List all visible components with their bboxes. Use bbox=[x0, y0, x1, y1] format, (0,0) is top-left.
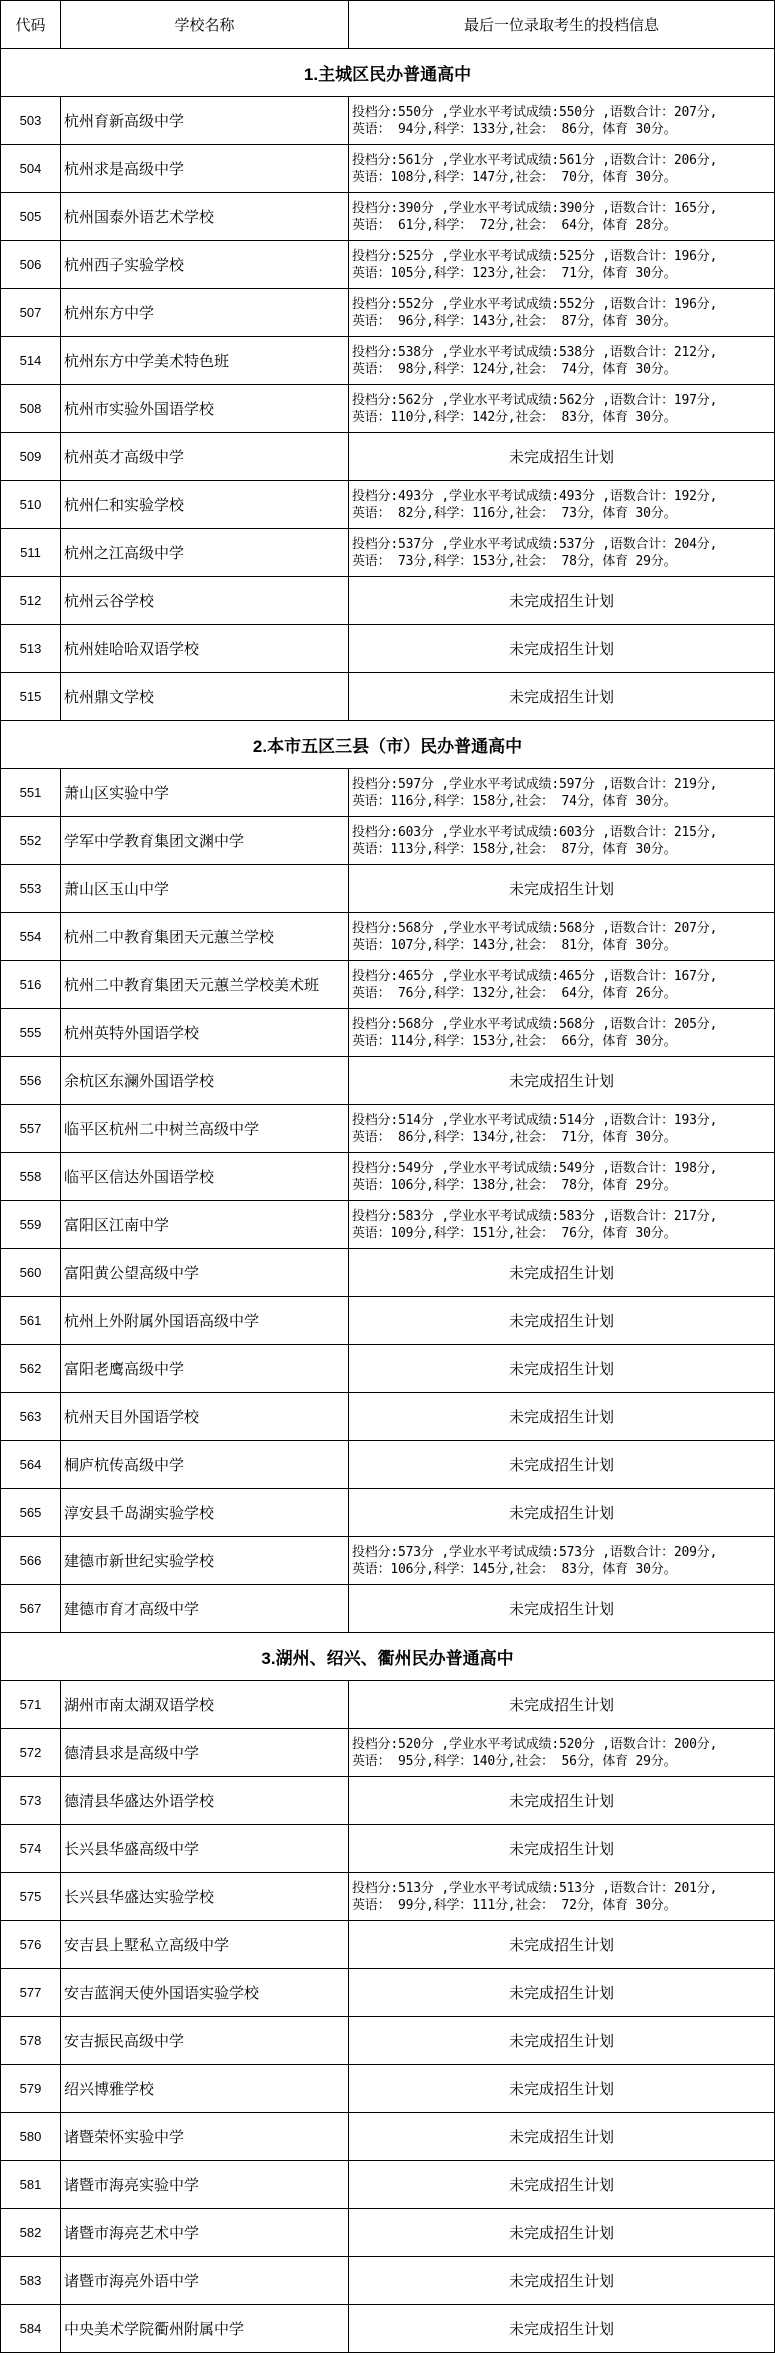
table-row: 503 杭州育新高级中学 投档分:550分 ,学业水平考试成绩:550分 ,语数… bbox=[1, 97, 775, 145]
school-name: 长兴县华盛高级中学 bbox=[61, 1825, 349, 1872]
enrollment-status: 未完成招生计划 bbox=[349, 433, 775, 480]
enrollment-status: 未完成招生计划 bbox=[349, 2161, 775, 2208]
enrollment-status: 未完成招生计划 bbox=[349, 1825, 775, 1872]
table-row: 509 杭州英才高级中学 未完成招生计划 bbox=[1, 433, 775, 481]
table-row: 575 长兴县华盛达实验学校 投档分:513分 ,学业水平考试成绩:513分 ,… bbox=[1, 1873, 775, 1921]
school-code: 558 bbox=[1, 1153, 61, 1200]
school-name: 建德市新世纪实验学校 bbox=[61, 1537, 349, 1584]
school-code: 566 bbox=[1, 1537, 61, 1584]
school-code: 559 bbox=[1, 1201, 61, 1248]
school-name: 杭州上外附属外国语高级中学 bbox=[61, 1297, 349, 1344]
admission-info: 投档分:561分 ,学业水平考试成绩:561分 ,语数合计：206分, 英语：1… bbox=[349, 145, 775, 192]
school-code: 563 bbox=[1, 1393, 61, 1440]
admission-info-line-2: 英语： 96分,科学：143分,社会： 87分，体育 30分。 bbox=[352, 313, 676, 330]
table-row: 558 临平区信达外国语学校 投档分:549分 ,学业水平考试成绩:549分 ,… bbox=[1, 1153, 775, 1201]
school-name: 诸暨市海亮实验中学 bbox=[61, 2161, 349, 2208]
table-row: 572 德清县求是高级中学 投档分:520分 ,学业水平考试成绩:520分 ,语… bbox=[1, 1729, 775, 1777]
table-row: 579 绍兴博雅学校 未完成招生计划 bbox=[1, 2065, 775, 2113]
school-code: 503 bbox=[1, 97, 61, 144]
admission-info-line-1: 投档分:550分 ,学业水平考试成绩:550分 ,语数合计：207分, bbox=[352, 104, 717, 121]
admission-info-line-2: 英语： 98分,科学：124分,社会： 74分，体育 30分。 bbox=[352, 361, 676, 378]
school-code: 505 bbox=[1, 193, 61, 240]
table-row: 560 富阳黄公望高级中学 未完成招生计划 bbox=[1, 1249, 775, 1297]
enrollment-status: 未完成招生计划 bbox=[349, 2257, 775, 2304]
school-code: 509 bbox=[1, 433, 61, 480]
enrollment-status: 未完成招生计划 bbox=[349, 1393, 775, 1440]
admission-info-line-2: 英语： 61分,科学： 72分,社会： 64分，体育 28分。 bbox=[352, 217, 676, 234]
table-row: 557 临平区杭州二中树兰高级中学 投档分:514分 ,学业水平考试成绩:514… bbox=[1, 1105, 775, 1153]
school-code: 573 bbox=[1, 1777, 61, 1824]
school-code: 572 bbox=[1, 1729, 61, 1776]
admission-info: 投档分:603分 ,学业水平考试成绩:603分 ,语数合计：215分, 英语：1… bbox=[349, 817, 775, 864]
school-code: 574 bbox=[1, 1825, 61, 1872]
enrollment-status: 未完成招生计划 bbox=[349, 2017, 775, 2064]
admission-info-line-2: 英语：116分,科学：158分,社会： 74分，体育 30分。 bbox=[352, 793, 676, 810]
school-code: 580 bbox=[1, 2113, 61, 2160]
enrollment-status: 未完成招生计划 bbox=[349, 1969, 775, 2016]
school-name: 桐庐杭传高级中学 bbox=[61, 1441, 349, 1488]
school-name: 安吉县上墅私立高级中学 bbox=[61, 1921, 349, 1968]
school-name: 诸暨市海亮外语中学 bbox=[61, 2257, 349, 2304]
table-row: 514 杭州东方中学美术特色班 投档分:538分 ,学业水平考试成绩:538分 … bbox=[1, 337, 775, 385]
section-header-row: 3.湖州、绍兴、衢州民办普通高中 bbox=[1, 1633, 775, 1681]
school-name: 富阳区江南中学 bbox=[61, 1201, 349, 1248]
table-row: 561 杭州上外附属外国语高级中学 未完成招生计划 bbox=[1, 1297, 775, 1345]
school-name: 杭州英才高级中学 bbox=[61, 433, 349, 480]
enrollment-status: 未完成招生计划 bbox=[349, 2113, 775, 2160]
enrollment-status: 未完成招生计划 bbox=[349, 1921, 775, 1968]
admission-info: 投档分:562分 ,学业水平考试成绩:562分 ,语数合计：197分, 英语：1… bbox=[349, 385, 775, 432]
table-row: 555 杭州英特外国语学校 投档分:568分 ,学业水平考试成绩:568分 ,语… bbox=[1, 1009, 775, 1057]
school-code: 560 bbox=[1, 1249, 61, 1296]
table-row: 505 杭州国泰外语艺术学校 投档分:390分 ,学业水平考试成绩:390分 ,… bbox=[1, 193, 775, 241]
admission-info-line-2: 英语：105分,科学：123分,社会： 71分，体育 30分。 bbox=[352, 265, 676, 282]
table-row: 515 杭州鼎文学校 未完成招生计划 bbox=[1, 673, 775, 721]
enrollment-status: 未完成招生计划 bbox=[349, 625, 775, 672]
enrollment-status: 未完成招生计划 bbox=[349, 1777, 775, 1824]
admission-info-line-1: 投档分:568分 ,学业水平考试成绩:568分 ,语数合计：207分, bbox=[352, 920, 717, 937]
table-row: 551 萧山区实验中学 投档分:597分 ,学业水平考试成绩:597分 ,语数合… bbox=[1, 769, 775, 817]
school-code: 581 bbox=[1, 2161, 61, 2208]
table-row: 507 杭州东方中学 投档分:552分 ,学业水平考试成绩:552分 ,语数合计… bbox=[1, 289, 775, 337]
school-code: 565 bbox=[1, 1489, 61, 1536]
admission-info-line-1: 投档分:465分 ,学业水平考试成绩:465分 ,语数合计：167分, bbox=[352, 968, 717, 985]
school-code: 576 bbox=[1, 1921, 61, 1968]
school-name: 富阳老鹰高级中学 bbox=[61, 1345, 349, 1392]
school-name: 安吉振民高级中学 bbox=[61, 2017, 349, 2064]
header-school-name: 学校名称 bbox=[61, 1, 349, 48]
section-title: 2.本市五区三县（市）民办普通高中 bbox=[1, 721, 775, 768]
enrollment-status: 未完成招生计划 bbox=[349, 2065, 775, 2112]
school-name: 德清县求是高级中学 bbox=[61, 1729, 349, 1776]
school-name: 杭州东方中学美术特色班 bbox=[61, 337, 349, 384]
school-code: 511 bbox=[1, 529, 61, 576]
admission-info-line-1: 投档分:552分 ,学业水平考试成绩:552分 ,语数合计：196分, bbox=[352, 296, 717, 313]
school-name: 建德市育才高级中学 bbox=[61, 1585, 349, 1632]
table-row: 508 杭州市实验外国语学校 投档分:562分 ,学业水平考试成绩:562分 ,… bbox=[1, 385, 775, 433]
admission-info-line-2: 英语：109分,科学：151分,社会： 76分，体育 30分。 bbox=[352, 1225, 676, 1242]
school-code: 554 bbox=[1, 913, 61, 960]
school-code: 516 bbox=[1, 961, 61, 1008]
admission-info-line-2: 英语： 76分,科学：132分,社会： 64分，体育 26分。 bbox=[352, 985, 676, 1002]
school-code: 514 bbox=[1, 337, 61, 384]
school-name: 学军中学教育集团文渊中学 bbox=[61, 817, 349, 864]
enrollment-status: 未完成招生计划 bbox=[349, 2209, 775, 2256]
admission-info: 投档分:549分 ,学业水平考试成绩:549分 ,语数合计：198分, 英语：1… bbox=[349, 1153, 775, 1200]
admission-info-line-1: 投档分:549分 ,学业水平考试成绩:549分 ,语数合计：198分, bbox=[352, 1160, 717, 1177]
table-body: 1.主城区民办普通高中 503 杭州育新高级中学 投档分:550分 ,学业水平考… bbox=[1, 49, 775, 2353]
admission-info: 投档分:550分 ,学业水平考试成绩:550分 ,语数合计：207分, 英语： … bbox=[349, 97, 775, 144]
table-row: 576 安吉县上墅私立高级中学 未完成招生计划 bbox=[1, 1921, 775, 1969]
enrollment-status: 未完成招生计划 bbox=[349, 1345, 775, 1392]
school-name: 临平区信达外国语学校 bbox=[61, 1153, 349, 1200]
school-code: 551 bbox=[1, 769, 61, 816]
admission-info-line-2: 英语：110分,科学：142分,社会： 83分，体育 30分。 bbox=[352, 409, 676, 426]
school-name: 湖州市南太湖双语学校 bbox=[61, 1681, 349, 1728]
admission-score-table: 代码 学校名称 最后一位录取考生的投档信息 1.主城区民办普通高中 503 杭州… bbox=[0, 0, 775, 2353]
school-name: 杭州仁和实验学校 bbox=[61, 481, 349, 528]
school-code: 575 bbox=[1, 1873, 61, 1920]
school-name: 杭州市实验外国语学校 bbox=[61, 385, 349, 432]
enrollment-status: 未完成招生计划 bbox=[349, 673, 775, 720]
school-code: 553 bbox=[1, 865, 61, 912]
table-row: 504 杭州求是高级中学 投档分:561分 ,学业水平考试成绩:561分 ,语数… bbox=[1, 145, 775, 193]
school-name: 杭州英特外国语学校 bbox=[61, 1009, 349, 1056]
school-code: 584 bbox=[1, 2305, 61, 2352]
admission-info: 投档分:514分 ,学业水平考试成绩:514分 ,语数合计：193分, 英语： … bbox=[349, 1105, 775, 1152]
table-row: 559 富阳区江南中学 投档分:583分 ,学业水平考试成绩:583分 ,语数合… bbox=[1, 1201, 775, 1249]
school-name: 杭州国泰外语艺术学校 bbox=[61, 193, 349, 240]
school-name: 淳安县千岛湖实验学校 bbox=[61, 1489, 349, 1536]
school-code: 564 bbox=[1, 1441, 61, 1488]
enrollment-status: 未完成招生计划 bbox=[349, 2305, 775, 2352]
school-code: 582 bbox=[1, 2209, 61, 2256]
table-row: 511 杭州之江高级中学 投档分:537分 ,学业水平考试成绩:537分 ,语数… bbox=[1, 529, 775, 577]
school-code: 506 bbox=[1, 241, 61, 288]
admission-info-line-2: 英语：114分,科学：153分,社会： 66分，体育 30分。 bbox=[352, 1033, 676, 1050]
school-name: 诸暨荣怀实验中学 bbox=[61, 2113, 349, 2160]
school-name: 杭州鼎文学校 bbox=[61, 673, 349, 720]
table-row: 582 诸暨市海亮艺术中学 未完成招生计划 bbox=[1, 2209, 775, 2257]
school-code: 504 bbox=[1, 145, 61, 192]
table-row: 564 桐庐杭传高级中学 未完成招生计划 bbox=[1, 1441, 775, 1489]
school-name: 绍兴博雅学校 bbox=[61, 2065, 349, 2112]
school-code: 552 bbox=[1, 817, 61, 864]
table-row: 552 学军中学教育集团文渊中学 投档分:603分 ,学业水平考试成绩:603分… bbox=[1, 817, 775, 865]
school-name: 诸暨市海亮艺术中学 bbox=[61, 2209, 349, 2256]
school-code: 557 bbox=[1, 1105, 61, 1152]
admission-info: 投档分:525分 ,学业水平考试成绩:525分 ,语数合计：196分, 英语：1… bbox=[349, 241, 775, 288]
admission-info-line-1: 投档分:573分 ,学业水平考试成绩:573分 ,语数合计：209分, bbox=[352, 1544, 717, 1561]
admission-info-line-2: 英语：108分,科学：147分,社会： 70分，体育 30分。 bbox=[352, 169, 676, 186]
section-title: 3.湖州、绍兴、衢州民办普通高中 bbox=[1, 1633, 775, 1680]
admission-info-line-2: 英语： 86分,科学：134分,社会： 71分，体育 30分。 bbox=[352, 1129, 676, 1146]
school-name: 杭州二中教育集团天元蕙兰学校美术班 bbox=[61, 961, 349, 1008]
school-code: 507 bbox=[1, 289, 61, 336]
school-code: 583 bbox=[1, 2257, 61, 2304]
school-name: 萧山区玉山中学 bbox=[61, 865, 349, 912]
admission-info: 投档分:465分 ,学业水平考试成绩:465分 ,语数合计：167分, 英语： … bbox=[349, 961, 775, 1008]
header-admission-info: 最后一位录取考生的投档信息 bbox=[349, 1, 775, 48]
table-header-row: 代码 学校名称 最后一位录取考生的投档信息 bbox=[1, 1, 775, 49]
enrollment-status: 未完成招生计划 bbox=[349, 1441, 775, 1488]
admission-info: 投档分:390分 ,学业水平考试成绩:390分 ,语数合计：165分, 英语： … bbox=[349, 193, 775, 240]
admission-info-line-1: 投档分:514分 ,学业水平考试成绩:514分 ,语数合计：193分, bbox=[352, 1112, 717, 1129]
table-row: 553 萧山区玉山中学 未完成招生计划 bbox=[1, 865, 775, 913]
school-name: 杭州西子实验学校 bbox=[61, 241, 349, 288]
admission-info-line-1: 投档分:537分 ,学业水平考试成绩:537分 ,语数合计：204分, bbox=[352, 536, 717, 553]
admission-info-line-1: 投档分:525分 ,学业水平考试成绩:525分 ,语数合计：196分, bbox=[352, 248, 717, 265]
school-code: 561 bbox=[1, 1297, 61, 1344]
table-row: 516 杭州二中教育集团天元蕙兰学校美术班 投档分:465分 ,学业水平考试成绩… bbox=[1, 961, 775, 1009]
enrollment-status: 未完成招生计划 bbox=[349, 1297, 775, 1344]
admission-info-line-1: 投档分:583分 ,学业水平考试成绩:583分 ,语数合计：217分, bbox=[352, 1208, 717, 1225]
admission-info: 投档分:520分 ,学业水平考试成绩:520分 ,语数合计：200分, 英语： … bbox=[349, 1729, 775, 1776]
admission-info-line-1: 投档分:390分 ,学业水平考试成绩:390分 ,语数合计：165分, bbox=[352, 200, 717, 217]
table-row: 562 富阳老鹰高级中学 未完成招生计划 bbox=[1, 1345, 775, 1393]
admission-info-line-2: 英语： 82分,科学：116分,社会： 73分，体育 30分。 bbox=[352, 505, 676, 522]
school-code: 515 bbox=[1, 673, 61, 720]
enrollment-status: 未完成招生计划 bbox=[349, 865, 775, 912]
table-row: 513 杭州娃哈哈双语学校 未完成招生计划 bbox=[1, 625, 775, 673]
table-row: 563 杭州天目外国语学校 未完成招生计划 bbox=[1, 1393, 775, 1441]
school-name: 杭州之江高级中学 bbox=[61, 529, 349, 576]
school-name: 富阳黄公望高级中学 bbox=[61, 1249, 349, 1296]
table-row: 556 余杭区东澜外国语学校 未完成招生计划 bbox=[1, 1057, 775, 1105]
school-name: 杭州二中教育集团天元蕙兰学校 bbox=[61, 913, 349, 960]
table-row: 567 建德市育才高级中学 未完成招生计划 bbox=[1, 1585, 775, 1633]
table-row: 554 杭州二中教育集团天元蕙兰学校 投档分:568分 ,学业水平考试成绩:56… bbox=[1, 913, 775, 961]
admission-info: 投档分:538分 ,学业水平考试成绩:538分 ,语数合计：212分, 英语： … bbox=[349, 337, 775, 384]
admission-info-line-2: 英语： 73分,科学：153分,社会： 78分，体育 29分。 bbox=[352, 553, 676, 570]
admission-info-line-1: 投档分:493分 ,学业水平考试成绩:493分 ,语数合计：192分, bbox=[352, 488, 717, 505]
school-code: 508 bbox=[1, 385, 61, 432]
school-name: 长兴县华盛达实验学校 bbox=[61, 1873, 349, 1920]
admission-info-line-1: 投档分:603分 ,学业水平考试成绩:603分 ,语数合计：215分, bbox=[352, 824, 717, 841]
table-row: 510 杭州仁和实验学校 投档分:493分 ,学业水平考试成绩:493分 ,语数… bbox=[1, 481, 775, 529]
enrollment-status: 未完成招生计划 bbox=[349, 1681, 775, 1728]
school-name: 中央美术学院衢州附属中学 bbox=[61, 2305, 349, 2352]
table-row: 566 建德市新世纪实验学校 投档分:573分 ,学业水平考试成绩:573分 ,… bbox=[1, 1537, 775, 1585]
school-name: 余杭区东澜外国语学校 bbox=[61, 1057, 349, 1104]
table-row: 512 杭州云谷学校 未完成招生计划 bbox=[1, 577, 775, 625]
section-title: 1.主城区民办普通高中 bbox=[1, 49, 775, 96]
table-row: 577 安吉蓝润天使外国语实验学校 未完成招生计划 bbox=[1, 1969, 775, 2017]
enrollment-status: 未完成招生计划 bbox=[349, 1249, 775, 1296]
school-code: 567 bbox=[1, 1585, 61, 1632]
table-row: 573 德清县华盛达外语学校 未完成招生计划 bbox=[1, 1777, 775, 1825]
table-row: 574 长兴县华盛高级中学 未完成招生计划 bbox=[1, 1825, 775, 1873]
admission-info: 投档分:537分 ,学业水平考试成绩:537分 ,语数合计：204分, 英语： … bbox=[349, 529, 775, 576]
school-name: 临平区杭州二中树兰高级中学 bbox=[61, 1105, 349, 1152]
school-code: 513 bbox=[1, 625, 61, 672]
admission-info-line-2: 英语： 94分,科学：133分,社会： 86分，体育 30分。 bbox=[352, 121, 676, 138]
admission-info-line-1: 投档分:597分 ,学业水平考试成绩:597分 ,语数合计：219分, bbox=[352, 776, 717, 793]
admission-info-line-1: 投档分:520分 ,学业水平考试成绩:520分 ,语数合计：200分, bbox=[352, 1736, 717, 1753]
school-code: 556 bbox=[1, 1057, 61, 1104]
admission-info-line-1: 投档分:513分 ,学业水平考试成绩:513分 ,语数合计：201分, bbox=[352, 1880, 717, 1897]
school-code: 577 bbox=[1, 1969, 61, 2016]
admission-info-line-2: 英语： 99分,科学：111分,社会： 72分，体育 30分。 bbox=[352, 1897, 676, 1914]
table-row: 578 安吉振民高级中学 未完成招生计划 bbox=[1, 2017, 775, 2065]
school-code: 512 bbox=[1, 577, 61, 624]
table-row: 583 诸暨市海亮外语中学 未完成招生计划 bbox=[1, 2257, 775, 2305]
admission-info-line-2: 英语：107分,科学：143分,社会： 81分，体育 30分。 bbox=[352, 937, 676, 954]
admission-info-line-2: 英语：113分,科学：158分,社会： 87分，体育 30分。 bbox=[352, 841, 676, 858]
school-code: 555 bbox=[1, 1009, 61, 1056]
admission-info: 投档分:552分 ,学业水平考试成绩:552分 ,语数合计：196分, 英语： … bbox=[349, 289, 775, 336]
school-name: 杭州云谷学校 bbox=[61, 577, 349, 624]
section-header-row: 2.本市五区三县（市）民办普通高中 bbox=[1, 721, 775, 769]
admission-info: 投档分:583分 ,学业水平考试成绩:583分 ,语数合计：217分, 英语：1… bbox=[349, 1201, 775, 1248]
school-code: 510 bbox=[1, 481, 61, 528]
admission-info-line-2: 英语： 95分,科学：140分,社会： 56分，体育 29分。 bbox=[352, 1753, 676, 1770]
admission-info-line-2: 英语：106分,科学：138分,社会： 78分，体育 29分。 bbox=[352, 1177, 676, 1194]
admission-info: 投档分:493分 ,学业水平考试成绩:493分 ,语数合计：192分, 英语： … bbox=[349, 481, 775, 528]
table-row: 571 湖州市南太湖双语学校 未完成招生计划 bbox=[1, 1681, 775, 1729]
enrollment-status: 未完成招生计划 bbox=[349, 1585, 775, 1632]
admission-info: 投档分:597分 ,学业水平考试成绩:597分 ,语数合计：219分, 英语：1… bbox=[349, 769, 775, 816]
admission-info-line-1: 投档分:561分 ,学业水平考试成绩:561分 ,语数合计：206分, bbox=[352, 152, 717, 169]
table-row: 581 诸暨市海亮实验中学 未完成招生计划 bbox=[1, 2161, 775, 2209]
school-name: 杭州育新高级中学 bbox=[61, 97, 349, 144]
admission-info: 投档分:568分 ,学业水平考试成绩:568分 ,语数合计：205分, 英语：1… bbox=[349, 1009, 775, 1056]
header-code: 代码 bbox=[1, 1, 61, 48]
admission-info-line-1: 投档分:538分 ,学业水平考试成绩:538分 ,语数合计：212分, bbox=[352, 344, 717, 361]
school-name: 萧山区实验中学 bbox=[61, 769, 349, 816]
school-code: 578 bbox=[1, 2017, 61, 2064]
school-name: 安吉蓝润天使外国语实验学校 bbox=[61, 1969, 349, 2016]
admission-info: 投档分:513分 ,学业水平考试成绩:513分 ,语数合计：201分, 英语： … bbox=[349, 1873, 775, 1920]
table-row: 565 淳安县千岛湖实验学校 未完成招生计划 bbox=[1, 1489, 775, 1537]
school-name: 杭州东方中学 bbox=[61, 289, 349, 336]
enrollment-status: 未完成招生计划 bbox=[349, 1057, 775, 1104]
section-header-row: 1.主城区民办普通高中 bbox=[1, 49, 775, 97]
school-code: 571 bbox=[1, 1681, 61, 1728]
table-row: 580 诸暨荣怀实验中学 未完成招生计划 bbox=[1, 2113, 775, 2161]
admission-info-line-1: 投档分:562分 ,学业水平考试成绩:562分 ,语数合计：197分, bbox=[352, 392, 717, 409]
table-row: 584 中央美术学院衢州附属中学 未完成招生计划 bbox=[1, 2305, 775, 2353]
enrollment-status: 未完成招生计划 bbox=[349, 577, 775, 624]
admission-info: 投档分:573分 ,学业水平考试成绩:573分 ,语数合计：209分, 英语：1… bbox=[349, 1537, 775, 1584]
table-row: 506 杭州西子实验学校 投档分:525分 ,学业水平考试成绩:525分 ,语数… bbox=[1, 241, 775, 289]
school-name: 杭州求是高级中学 bbox=[61, 145, 349, 192]
enrollment-status: 未完成招生计划 bbox=[349, 1489, 775, 1536]
school-name: 德清县华盛达外语学校 bbox=[61, 1777, 349, 1824]
school-name: 杭州天目外国语学校 bbox=[61, 1393, 349, 1440]
school-code: 562 bbox=[1, 1345, 61, 1392]
school-code: 579 bbox=[1, 2065, 61, 2112]
admission-info-line-1: 投档分:568分 ,学业水平考试成绩:568分 ,语数合计：205分, bbox=[352, 1016, 717, 1033]
admission-info: 投档分:568分 ,学业水平考试成绩:568分 ,语数合计：207分, 英语：1… bbox=[349, 913, 775, 960]
admission-info-line-2: 英语：106分,科学：145分,社会： 83分，体育 30分。 bbox=[352, 1561, 676, 1578]
school-name: 杭州娃哈哈双语学校 bbox=[61, 625, 349, 672]
